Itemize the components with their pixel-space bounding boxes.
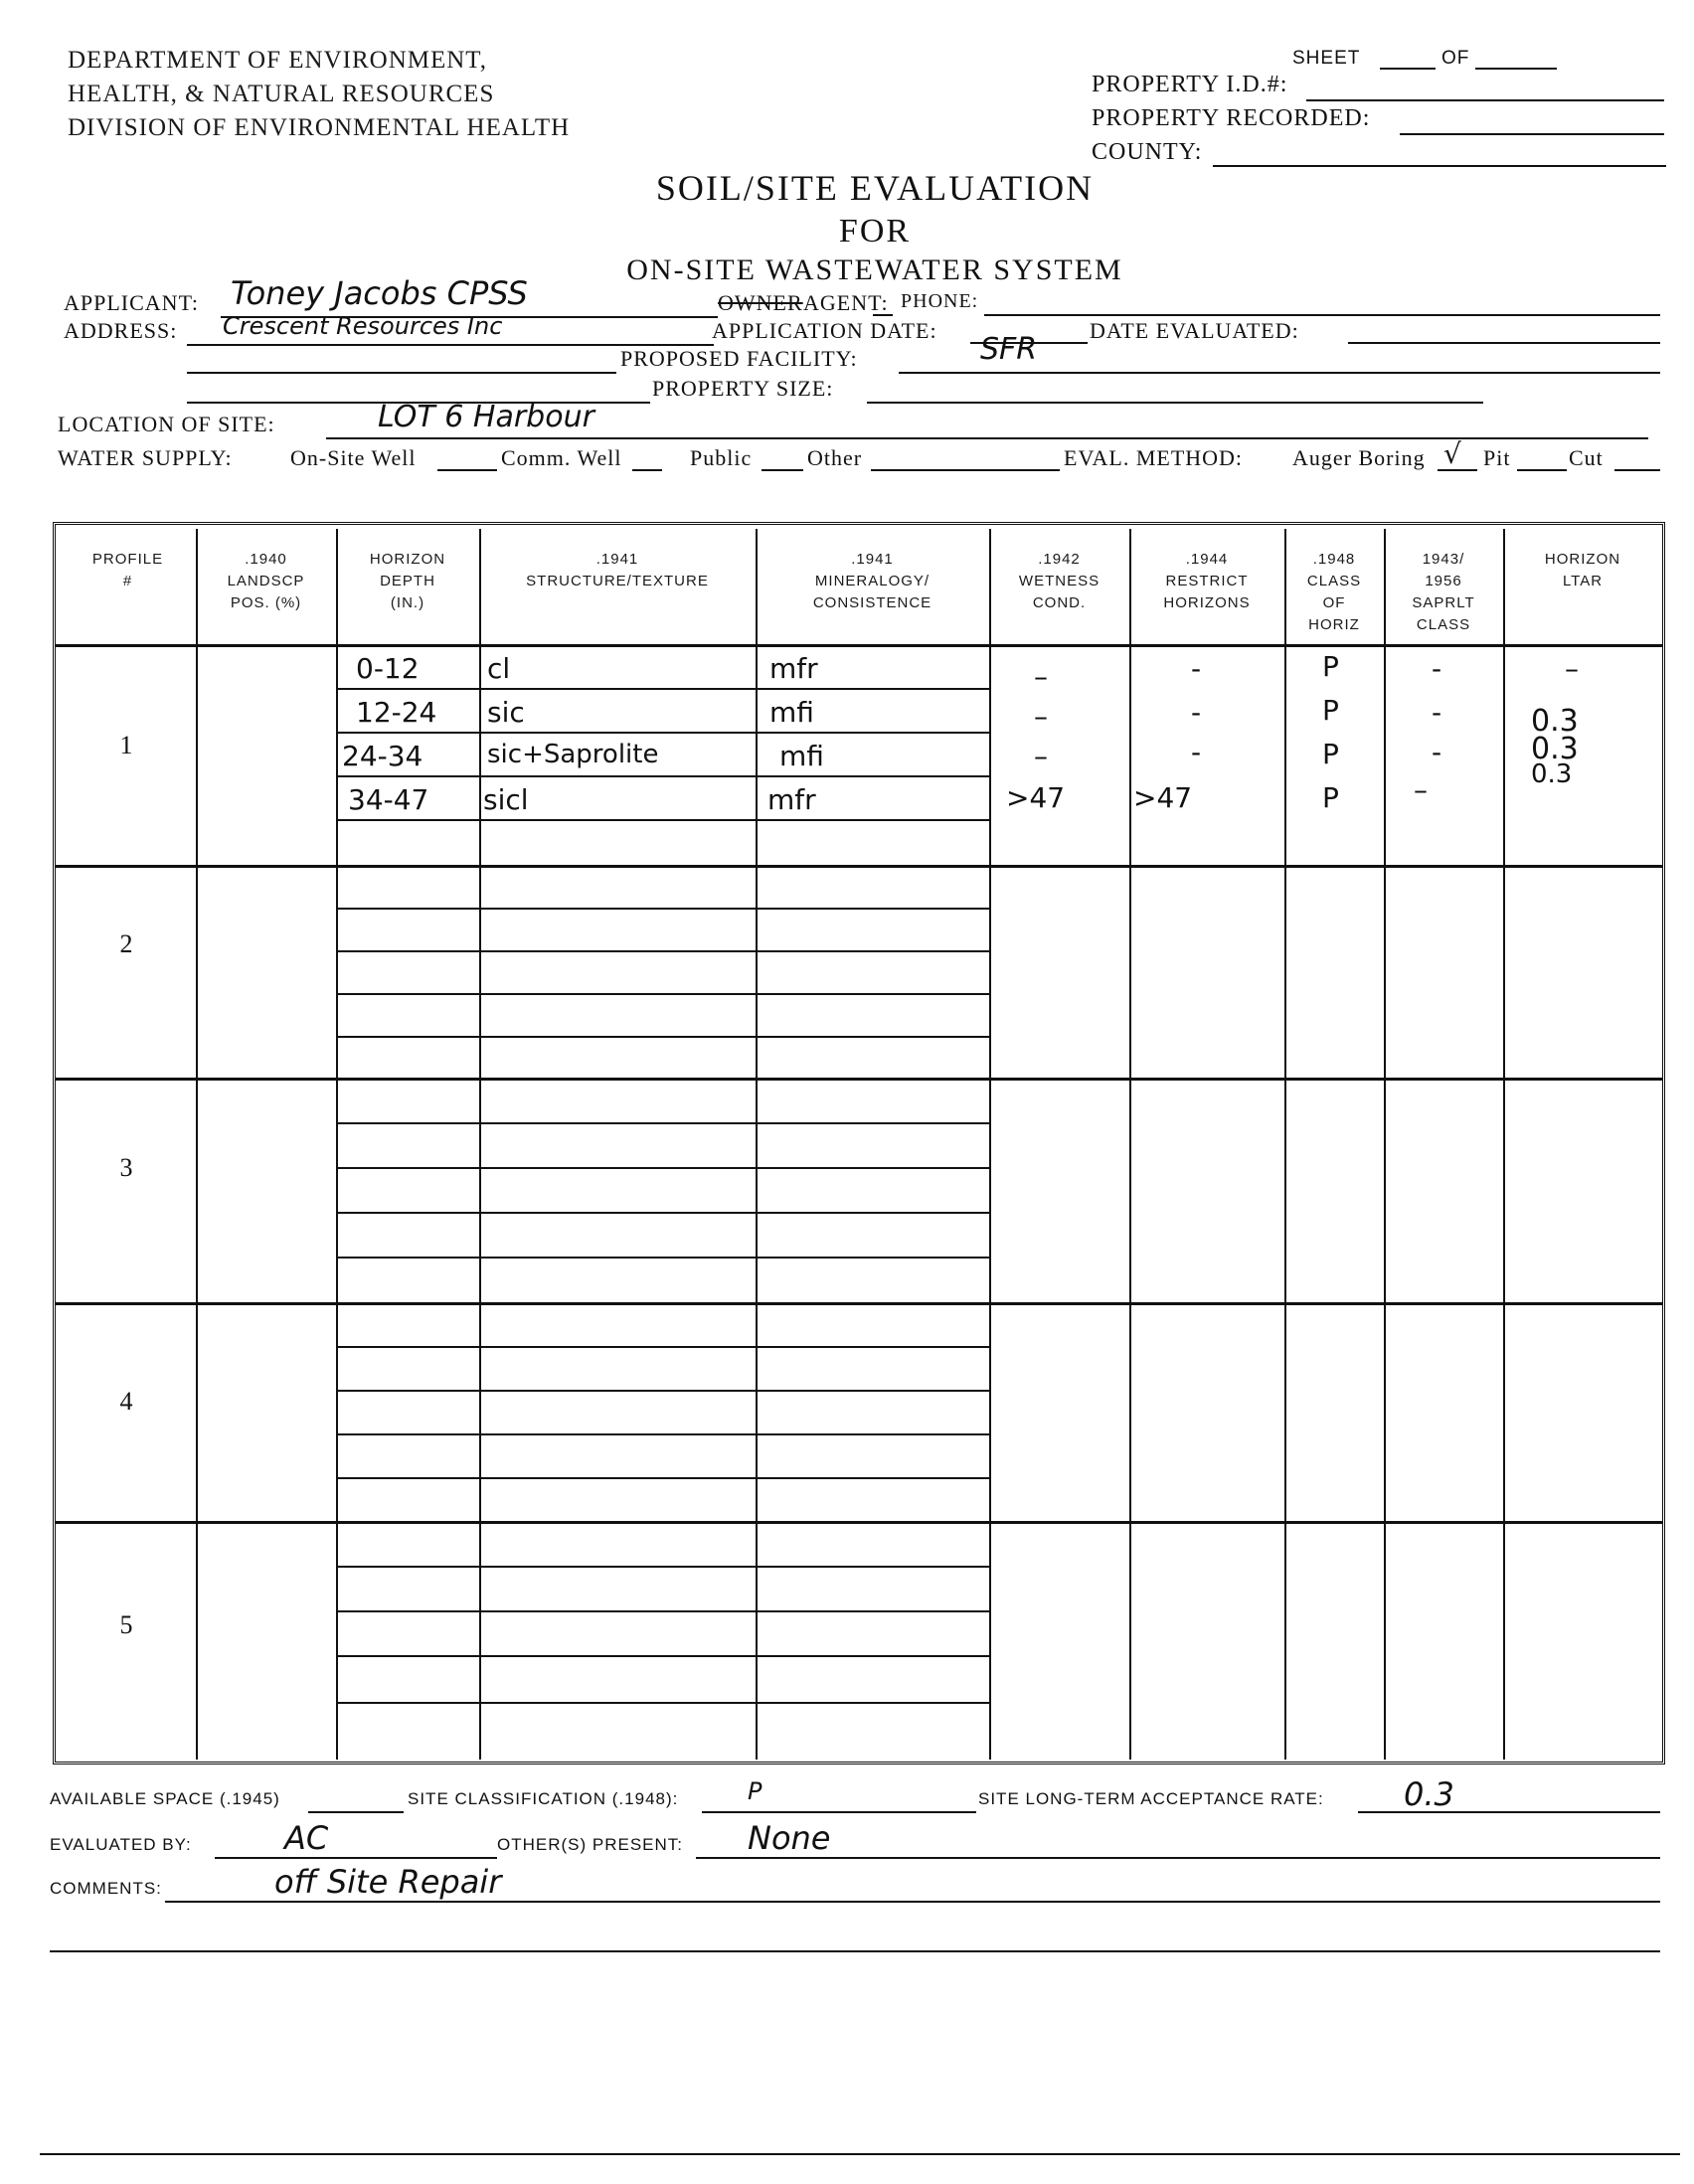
address-label: ADDRESS: (64, 318, 177, 344)
agent-checkbox[interactable] (873, 314, 893, 316)
p1-r4-texture[interactable]: sicl (483, 783, 529, 816)
eval-auger-check-mark: √ (1443, 437, 1461, 470)
agency-header: DEPARTMENT OF ENVIRONMENT, HEALTH, & NAT… (68, 44, 570, 145)
header-restrict: .1944 RESTRICT HORIZONS (1129, 549, 1284, 614)
p1-saprolite-2[interactable]: - (1432, 696, 1441, 729)
p1-wetness-2[interactable]: – (1034, 700, 1048, 733)
sheet-field[interactable] (1380, 68, 1436, 70)
applicant-label: APPLICANT: (64, 290, 199, 316)
header-structure-texture: .1941 STRUCTURE/TEXTURE (479, 549, 756, 592)
subrow-divider (336, 1610, 989, 1612)
col-divider (1284, 529, 1286, 1760)
header-ltar: HORIZON LTAR (1503, 549, 1662, 592)
eval-cut-label: Cut (1569, 445, 1604, 471)
header-horizon-depth: HORIZON DEPTH (IN.) (336, 549, 479, 614)
p1-r4-depth[interactable]: 34-47 (348, 783, 428, 816)
subrow-divider (336, 1390, 989, 1392)
col-divider (1384, 529, 1386, 1760)
soil-profile-table (53, 522, 1665, 1764)
p1-ltar-1[interactable]: – (1565, 652, 1579, 685)
subrow-divider (336, 819, 989, 821)
others-present-underline (696, 1857, 1660, 1859)
profile-number-5: 5 (57, 1610, 196, 1640)
water-other-label: Other (807, 445, 862, 471)
agent-label: AGENT: (803, 290, 889, 316)
subrow-divider (336, 1477, 989, 1479)
proposed-facility-label: PROPOSED FACILITY: (620, 346, 858, 372)
p1-wetness-3[interactable]: – (1034, 740, 1048, 772)
form-title-for: FOR (0, 213, 1694, 251)
water-public-label: Public (690, 445, 752, 471)
subrow-divider (336, 1433, 989, 1435)
eval-pit-label: Pit (1483, 445, 1510, 471)
date-evaluated-field[interactable] (1348, 342, 1660, 344)
evaluated-by-underline (215, 1857, 497, 1859)
profile-number-1: 1 (57, 731, 196, 760)
ltar-label: SITE LONG-TERM ACCEPTANCE RATE: (978, 1789, 1324, 1809)
site-class-label: SITE CLASSIFICATION (.1948): (408, 1789, 678, 1809)
p1-restrict-4[interactable]: >47 (1133, 781, 1192, 814)
p1-r1-depth[interactable]: 0-12 (356, 652, 420, 685)
subrow-divider (336, 1257, 989, 1259)
col-divider (1129, 529, 1131, 1760)
property-recorded-field[interactable] (1400, 133, 1664, 135)
p1-class-1[interactable]: P (1322, 650, 1339, 683)
subrow-divider (336, 1167, 989, 1169)
p1-class-2[interactable]: P (1322, 694, 1339, 727)
date-evaluated-label: DATE EVALUATED: (1090, 318, 1299, 344)
p1-wetness-1[interactable]: – (1034, 660, 1048, 693)
subrow-divider (336, 950, 989, 952)
proposed-facility-field[interactable]: SFR (980, 332, 1037, 367)
profile-number-3: 3 (57, 1153, 196, 1183)
p1-r4-mineralogy[interactable]: mfr (767, 783, 816, 816)
p1-r2-texture[interactable]: sic (487, 696, 525, 729)
p1-restrict-2[interactable]: - (1191, 696, 1201, 729)
subrow-divider (336, 908, 989, 910)
p1-class-3[interactable]: P (1322, 738, 1339, 770)
col-divider (479, 529, 481, 1760)
subrow-divider (336, 1122, 989, 1124)
col-divider (1503, 529, 1505, 1760)
header-divider (56, 644, 1662, 647)
header-landscape-pos: .1940 LANDSCP POS. (%) (196, 549, 336, 614)
site-class-field[interactable]: P (748, 1777, 762, 1805)
profile-number-4: 4 (57, 1387, 196, 1417)
phone-label: PHONE: (901, 290, 978, 313)
phone-field[interactable] (984, 314, 1660, 316)
col-divider (989, 529, 991, 1760)
evaluated-by-field[interactable]: AC (284, 1819, 328, 1857)
water-other-field[interactable] (871, 469, 1060, 471)
p1-restrict-3[interactable]: - (1191, 736, 1201, 768)
evaluated-by-label: EVALUATED BY: (50, 1835, 192, 1855)
eval-auger-label: Auger Boring (1292, 445, 1426, 471)
site-class-underline (702, 1811, 976, 1813)
p1-r3-texture[interactable]: sic+Saprolite (487, 740, 658, 769)
comments-line-2[interactable] (50, 1950, 1660, 1952)
col-divider (196, 529, 198, 1760)
others-present-label: OTHER(S) PRESENT: (497, 1835, 683, 1855)
location-label: LOCATION OF SITE: (58, 412, 275, 437)
agency-line-1: DEPARTMENT OF ENVIRONMENT, (68, 44, 570, 78)
p1-saprolite-3[interactable]: - (1432, 736, 1441, 768)
water-public-checkbox[interactable] (762, 469, 803, 471)
comments-underline (165, 1901, 1660, 1903)
of-label: OF (1441, 48, 1469, 70)
profile-divider (56, 1078, 1662, 1081)
address-line-2 (187, 372, 616, 374)
subrow-divider (336, 732, 989, 734)
property-recorded-label: PROPERTY RECORDED: (1092, 105, 1370, 132)
p1-ltar-4[interactable]: 0.3 (1531, 759, 1572, 789)
others-present-field[interactable]: None (748, 1819, 830, 1857)
property-size-field[interactable] (867, 402, 1483, 404)
owner-label: OWNER (718, 290, 803, 316)
subrow-divider (336, 688, 989, 690)
available-space-field[interactable] (308, 1811, 404, 1813)
page-bottom-rule (40, 2153, 1680, 2155)
agency-line-2: HEALTH, & NATURAL RESOURCES (68, 78, 570, 111)
p1-class-4[interactable]: P (1322, 781, 1339, 814)
header-wetness: .1942 WETNESS COND. (989, 549, 1129, 614)
ltar-field[interactable]: 0.3 (1404, 1775, 1454, 1813)
eval-method-label: EVAL. METHOD: (1064, 445, 1243, 471)
agency-line-3: DIVISION OF ENVIRONMENTAL HEALTH (68, 111, 570, 145)
address-field[interactable]: Crescent Resources Inc (223, 312, 502, 340)
subrow-divider (336, 775, 989, 777)
p1-r3-depth[interactable]: 24-34 (342, 740, 423, 772)
profile-divider (56, 1302, 1662, 1305)
eval-pit-checkbox[interactable] (1517, 469, 1567, 471)
col-divider (336, 529, 338, 1760)
header-class-of-horiz: .1948 CLASS OF HORIZ (1284, 549, 1384, 636)
eval-cut-checkbox[interactable] (1614, 469, 1660, 471)
p1-r2-depth[interactable]: 12-24 (356, 696, 436, 729)
comments-field[interactable]: off Site Repair (274, 1863, 501, 1901)
subrow-divider (336, 993, 989, 995)
water-comm-checkbox[interactable] (632, 469, 662, 471)
property-id-field[interactable] (1306, 99, 1664, 101)
subrow-divider (336, 1655, 989, 1657)
p1-saprolite-1[interactable]: - (1432, 652, 1441, 685)
header-saprolite-class: 1943/ 1956 SAPRLT CLASS (1384, 549, 1503, 636)
property-size-label: PROPERTY SIZE: (652, 376, 833, 402)
profile-divider (56, 865, 1662, 868)
p1-r1-texture[interactable]: cl (487, 652, 510, 685)
profile-divider (56, 1521, 1662, 1524)
profile-number-2: 2 (57, 929, 196, 959)
p1-wetness-4[interactable]: >47 (1006, 781, 1065, 814)
proposed-facility-underline (899, 372, 1660, 374)
comments-label: COMMENTS: (50, 1879, 162, 1899)
of-field[interactable] (1475, 68, 1557, 70)
sheet-label: SHEET (1292, 48, 1360, 70)
water-onsite-checkbox[interactable] (437, 469, 497, 471)
header-profile: PROFILE # (60, 549, 196, 592)
p1-restrict-1[interactable]: - (1191, 652, 1201, 685)
p1-r2-mineralogy[interactable]: mfi (769, 696, 814, 729)
water-supply-label: WATER SUPPLY: (58, 445, 233, 471)
form-title: SOIL/SITE EVALUATION (0, 167, 1694, 209)
p1-saprolite-4[interactable]: – (1414, 773, 1428, 806)
subrow-divider (336, 1346, 989, 1348)
p1-r1-mineralogy[interactable]: mfr (769, 652, 818, 685)
subrow-divider (336, 1566, 989, 1568)
application-date-label: APPLICATION DATE: (712, 318, 937, 344)
available-space-label: AVAILABLE SPACE (.1945) (50, 1789, 280, 1809)
water-comm-label: Comm. Well (501, 445, 622, 471)
applicant-field[interactable]: Toney Jacobs CPSS (231, 274, 528, 312)
water-onsite-label: On-Site Well (290, 445, 417, 471)
subrow-divider (336, 1702, 989, 1704)
p1-r3-mineralogy[interactable]: mfi (779, 740, 824, 772)
subrow-divider (336, 1212, 989, 1214)
col-divider (756, 529, 758, 1760)
location-field[interactable]: LOT 6 Harbour (378, 400, 594, 434)
subrow-divider (336, 1036, 989, 1038)
property-id-label: PROPERTY I.D.#: (1092, 72, 1287, 98)
county-label: COUNTY: (1092, 139, 1202, 166)
header-mineralogy: .1941 MINERALOGY/ CONSISTENCE (756, 549, 989, 614)
